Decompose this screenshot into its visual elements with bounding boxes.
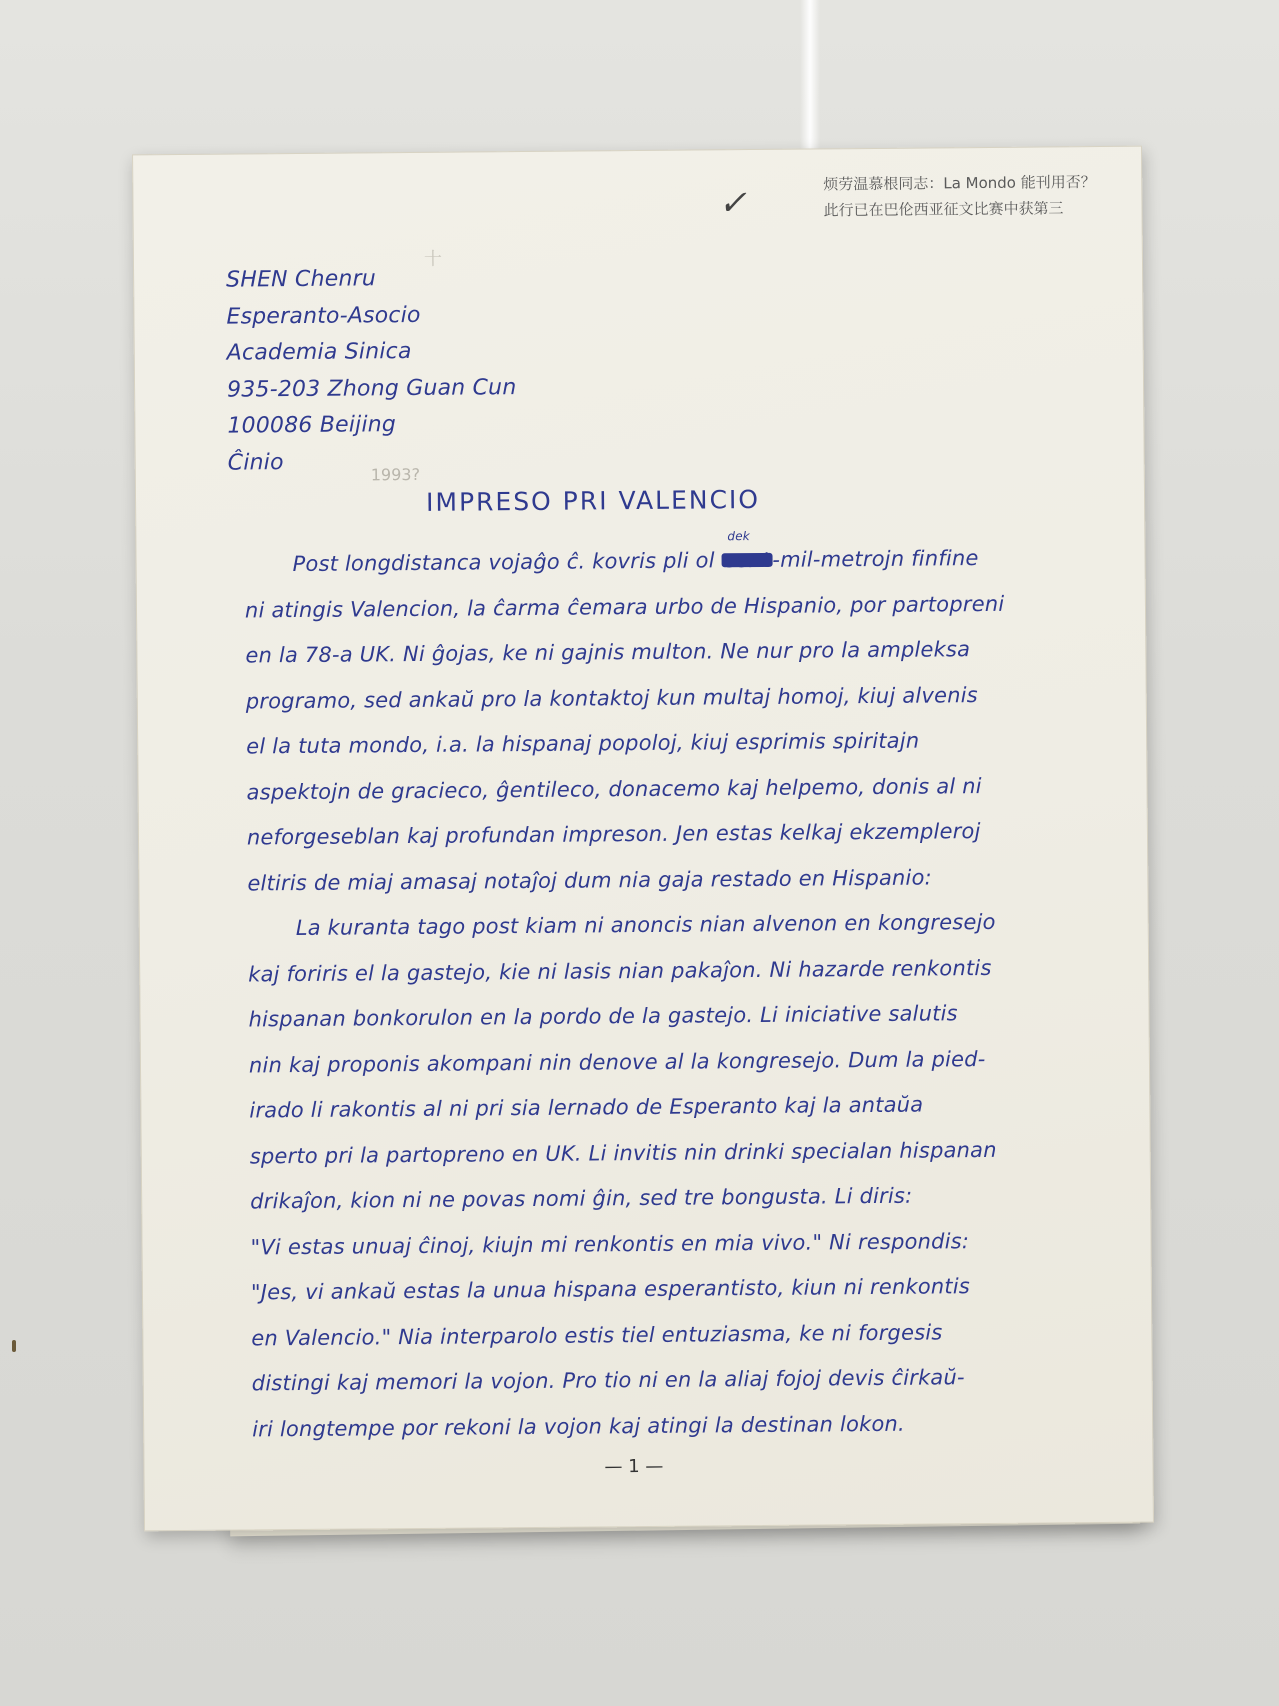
body-line: programo, sed ankaŭ pro la kontaktoj kun… (246, 671, 1116, 724)
document-title: IMPRESO PRI VALENCIO (426, 485, 760, 517)
body-line: neforgeseblan kaj profundan impreson. Je… (247, 808, 1117, 861)
check-mark-icon: ✓ (718, 190, 747, 216)
handwritten-page: 十 ✓ 烦劳温慕根同志：La Mondo 能刊用否？ 此行已在巴伦西亚征文比赛中… (132, 146, 1154, 1532)
annotation-line-1: 烦劳温慕根同志：La Mondo 能刊用否？ (823, 169, 1123, 198)
sender-address: SHEN Chenru Esperanto-Asocio Academia Si… (226, 260, 517, 482)
body-line: kaj foriris el la gastejo, kie ni lasis … (248, 944, 1118, 997)
body-line: drikaĵon, kion ni ne povas nomi ĝin, sed… (250, 1172, 1120, 1225)
body-line: ni atingis Valencion, la ĉarma ĉemara ur… (245, 580, 1115, 633)
wall-speck (12, 1340, 16, 1352)
body-line: distingi kaj memori la vojon. Pro tio ni… (252, 1354, 1122, 1407)
sender-name: SHEN Chenru (226, 260, 516, 299)
body-line: iri longtempe por rekoni la vojon kaj at… (252, 1399, 1122, 1452)
page-number: — 1 — (604, 1456, 663, 1478)
sender-street: 935-203 Zhong Guan Cun (227, 370, 517, 409)
body-line: hispanan bonkorulon en la pordo de la ga… (248, 990, 1118, 1043)
body-line: La kuranta tago post kiam ni anoncis nia… (248, 899, 1118, 952)
annotation-line-2: 此行已在巴伦西亚征文比赛中获第三 (823, 195, 1123, 224)
light-reflection (800, 0, 820, 160)
inserted-word: dek (727, 514, 750, 560)
sender-institution: Academia Sinica (227, 333, 517, 372)
pencil-year-mark: 1993? (371, 465, 420, 484)
body-line: eltiris de miaj amasaj notaĵoj dum nia g… (247, 853, 1117, 906)
body-line: irado li rakontis al ni pri sia lernado … (249, 1081, 1119, 1134)
body-line: en la 78-a UK. Ni ĝojas, ke ni gajnis mu… (245, 626, 1115, 679)
body-line: el la tuta mondo, i.a. la hispanaj popol… (246, 717, 1116, 770)
body-line: Post longdistanca vojaĝo ĉ. kovris pli o… (244, 535, 1114, 588)
body-line: sperto pri la partopreno en UK. Li invit… (250, 1126, 1120, 1179)
body-line: en Valencio." Nia interparolo estis tiel… (251, 1308, 1121, 1361)
sender-organization: Esperanto-Asocio (226, 297, 516, 336)
document-body: Post longdistanca vojaĝo ĉ. kovris pli o… (244, 535, 1122, 1453)
body-line: aspektojn de gracieco, ĝentileco, donace… (246, 762, 1116, 815)
body-line: "Vi estas unuaj ĉinoj, kiujn mi renkonti… (250, 1217, 1120, 1270)
margin-annotation: ✓ 烦劳温慕根同志：La Mondo 能刊用否？ 此行已在巴伦西亚征文比赛中获第… (823, 169, 1123, 224)
body-line: "Jes, vi ankaŭ estas la unua hispana esp… (251, 1263, 1121, 1316)
body-line: nin kaj proponis akompani nin denove al … (249, 1035, 1119, 1088)
correction: dekcent (721, 538, 772, 584)
sender-city: 100086 Beijing (227, 406, 517, 445)
